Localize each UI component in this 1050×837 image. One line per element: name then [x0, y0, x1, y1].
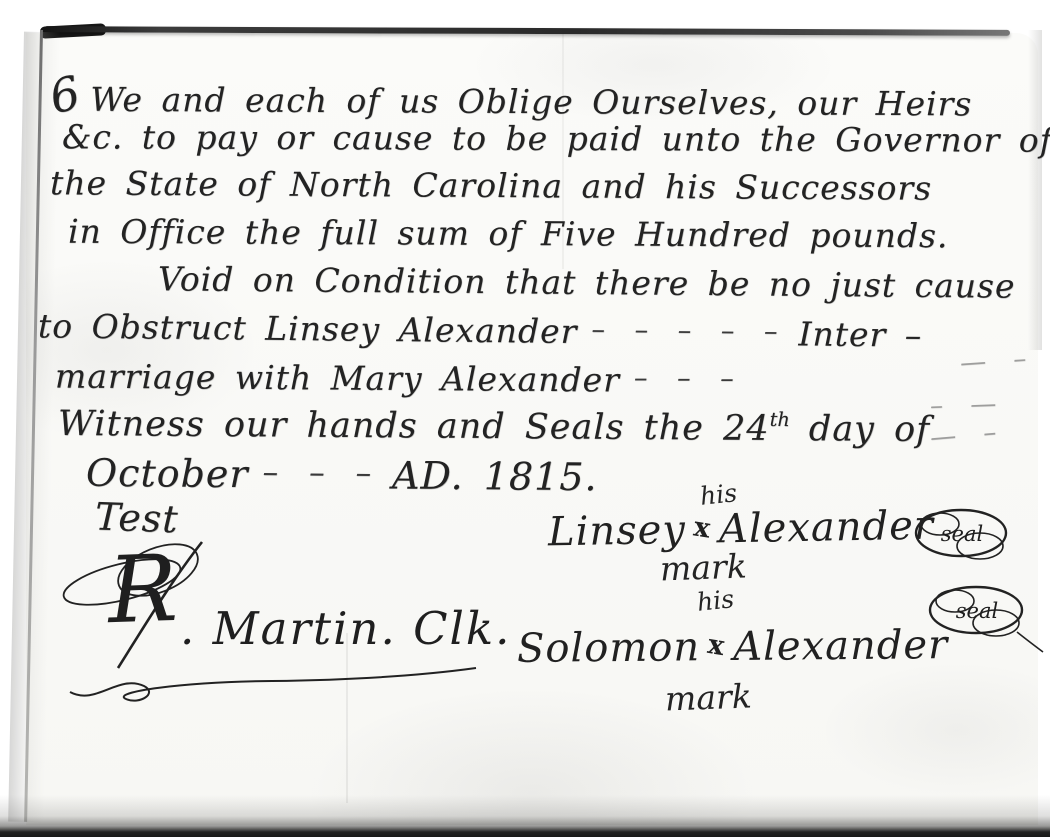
- signature-name: SolomonxAlexander: [517, 622, 949, 672]
- signer-first-name: Linsey: [548, 507, 687, 555]
- seal-word: seal: [941, 522, 983, 546]
- seal-flourish: seal: [910, 504, 1016, 568]
- margin-dash: — –: [959, 344, 1033, 379]
- body-line-7-text: marriage with Mary Alexander: [55, 357, 620, 400]
- x-mark: x: [692, 512, 714, 545]
- handwritten-dashes: – – – – –: [591, 314, 784, 347]
- signature-block-linsey: his LinseyxAlexander mark seal: [548, 480, 1048, 585]
- seal-flourish: seal: [923, 580, 1045, 654]
- body-line-3: the State of North Carolina and his Succ…: [50, 163, 932, 207]
- handwritten-dashes: – – –: [634, 363, 741, 395]
- opening-flourish: 6: [44, 65, 86, 125]
- body-line-5: Void on Condition that there be no just …: [158, 259, 1016, 305]
- body-line-8-text: Witness our hands and Seals the 24: [58, 404, 770, 449]
- body-line-8: Witness our hands and Seals the 24th day…: [58, 403, 930, 450]
- clerk-initial: R: [106, 543, 178, 637]
- clerk-name: . Martin. Clk.: [180, 602, 512, 655]
- x-mark: x: [706, 629, 728, 662]
- ordinal-superscript: th: [770, 408, 790, 431]
- signer-last-name: Alexander: [719, 503, 935, 553]
- his-label: his: [696, 584, 736, 617]
- body-line-9: October– – –AD. 1815.: [86, 451, 598, 499]
- month-text: October: [86, 451, 249, 496]
- handwritten-dashes: – – –: [262, 454, 378, 491]
- signer-last-name: Alexander: [733, 622, 948, 670]
- document-scan: 6We and each of us Oblige Ourselves, our…: [0, 0, 1050, 837]
- body-line-4: in Office the full sum of Five Hundred p…: [68, 212, 949, 256]
- clerk-signature-block: R . Martin. Clk.: [52, 540, 492, 715]
- signature-block-solomon: his SolomonxAlexander mark seal: [505, 578, 1050, 723]
- body-line-6-end: Inter –: [798, 314, 922, 354]
- scan-bottom-shadow: [0, 795, 1050, 837]
- seal-word: seal: [956, 599, 998, 623]
- paper-right-shading: [1028, 30, 1042, 350]
- margin-dash: — –: [929, 417, 1004, 453]
- body-line-7: marriage with Mary Alexander– – –: [55, 357, 755, 401]
- body-line-6-text: to Obstruct Linsey Alexander: [38, 306, 578, 351]
- margin-dash: – —: [929, 389, 1002, 422]
- body-line-2: &c. to pay or cause to be paid unto the …: [62, 117, 1050, 159]
- body-line-8-end: day of: [809, 409, 930, 450]
- mark-label: mark: [664, 676, 752, 718]
- signer-first-name: Solomon: [517, 624, 701, 672]
